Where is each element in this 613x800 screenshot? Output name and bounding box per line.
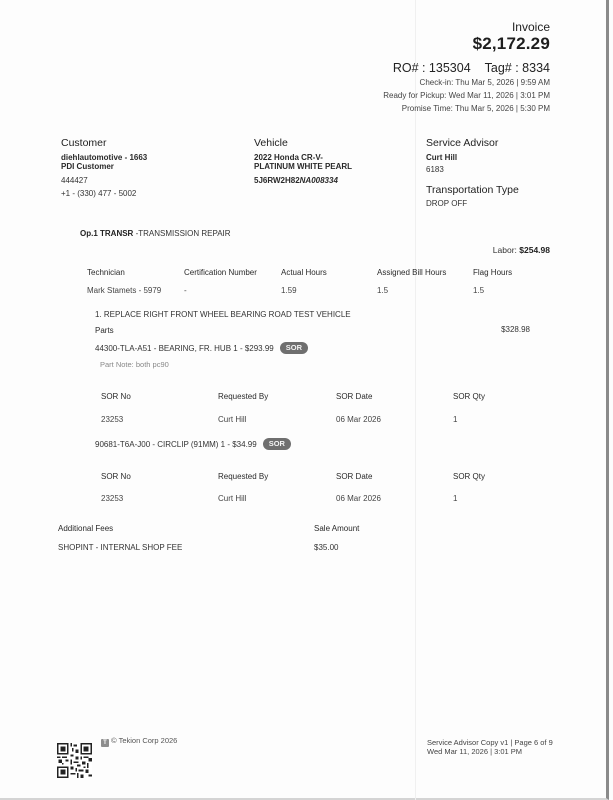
customer-type: PDI Customer bbox=[61, 162, 114, 172]
td-sor-qty: 1 bbox=[453, 415, 457, 424]
td-sor-no: 23253 bbox=[101, 415, 123, 424]
qr-code-icon bbox=[57, 743, 92, 778]
copy-info: Service Advisor Copy v1 | Page 6 of 9 bbox=[427, 738, 553, 747]
invoice-page: Invoice $2,172.29 RO# : 135304Tag# : 833… bbox=[0, 0, 609, 800]
operation-description: -TRANSMISSION REPAIR bbox=[136, 229, 231, 238]
operation-title: Op.1 TRANSR -TRANSMISSION REPAIR bbox=[80, 229, 231, 238]
part-line: 90681-T6A-J00 - CIRCLIP (91MM) 1 - $34.9… bbox=[95, 438, 291, 450]
tag-number: Tag# : 8334 bbox=[485, 61, 550, 75]
operation-code: Op.1 TRANSR bbox=[80, 229, 133, 238]
th-bill-hours: Assigned Bill Hours bbox=[377, 268, 446, 277]
sor-badge: SOR bbox=[263, 438, 291, 450]
vin-prefix: 5J6RW2H82 bbox=[254, 176, 300, 185]
service-advisor-id: 6183 bbox=[426, 165, 444, 174]
customer-phone: +1 - (330) 477 - 5002 bbox=[61, 189, 136, 198]
ro-number: RO# : 135304 bbox=[393, 61, 471, 75]
fees-heading: Additional Fees bbox=[58, 524, 113, 533]
td-sor-date: 06 Mar 2026 bbox=[336, 415, 381, 424]
copyright: T © Tekion Corp 2026 bbox=[101, 736, 177, 747]
invoice-total: $2,172.29 bbox=[473, 34, 550, 54]
labor-total: Labor: $254.98 bbox=[493, 245, 550, 255]
td-sor-qty: 1 bbox=[453, 494, 457, 503]
th-sor-date: SOR Date bbox=[336, 392, 372, 401]
th-certification: Certification Number bbox=[184, 268, 257, 277]
td-flag-hours: 1.5 bbox=[473, 286, 484, 295]
fee-amount: $35.00 bbox=[314, 543, 338, 552]
ro-tag-line: RO# : 135304Tag# : 8334 bbox=[393, 61, 550, 75]
sor-badge: SOR bbox=[280, 342, 308, 354]
scan-artifact bbox=[415, 0, 416, 800]
check-in-time: Check-in: Thu Mar 5, 2026 | 9:59 AM bbox=[420, 78, 550, 87]
fee-name: SHOPINT - INTERNAL SHOP FEE bbox=[58, 543, 182, 552]
th-requested-by: Requested By bbox=[218, 392, 268, 401]
labor-amount: $254.98 bbox=[519, 245, 550, 255]
part-note: Part Note: both pc90 bbox=[100, 360, 169, 369]
td-certification: - bbox=[184, 286, 187, 295]
th-sor-date: SOR Date bbox=[336, 472, 372, 481]
sale-amount-heading: Sale Amount bbox=[314, 524, 359, 533]
td-actual-hours: 1.59 bbox=[281, 286, 297, 295]
th-technician: Technician bbox=[87, 268, 125, 277]
transportation-heading: Transportation Type bbox=[426, 184, 519, 196]
customer-heading: Customer bbox=[61, 137, 107, 149]
customer-id: 444427 bbox=[61, 176, 88, 185]
td-bill-hours: 1.5 bbox=[377, 286, 388, 295]
td-technician: Mark Stamets - 5979 bbox=[87, 286, 161, 295]
vehicle-heading: Vehicle bbox=[254, 137, 288, 149]
vehicle-color: PLATINUM WHITE PEARL bbox=[254, 162, 352, 172]
vehicle-vin: 5J6RW2H82NA008334 bbox=[254, 176, 338, 186]
td-requested-by: Curt Hill bbox=[218, 415, 246, 424]
job-line: 1. REPLACE RIGHT FRONT WHEEL BEARING ROA… bbox=[95, 310, 351, 319]
th-sor-qty: SOR Qty bbox=[453, 392, 485, 401]
transportation-value: DROP OFF bbox=[426, 199, 467, 208]
printed-time: Wed Mar 11, 2026 | 3:01 PM bbox=[427, 747, 522, 756]
th-sor-no: SOR No bbox=[101, 392, 131, 401]
tekion-logo-icon: T bbox=[101, 739, 109, 747]
service-advisor-name: Curt Hill bbox=[426, 153, 457, 163]
th-flag-hours: Flag Hours bbox=[473, 268, 512, 277]
th-sor-no: SOR No bbox=[101, 472, 131, 481]
td-requested-by: Curt Hill bbox=[218, 494, 246, 503]
th-actual-hours: Actual Hours bbox=[281, 268, 327, 277]
vin-suffix: NA008334 bbox=[300, 176, 338, 185]
service-advisor-heading: Service Advisor bbox=[426, 137, 498, 149]
part-line: 44300-TLA-A51 - BEARING, FR. HUB 1 - $29… bbox=[95, 342, 308, 354]
parts-total: $328.98 bbox=[501, 325, 530, 334]
invoice-title: Invoice bbox=[512, 20, 550, 34]
ready-for-pickup-time: Ready for Pickup: Wed Mar 11, 2026 | 3:0… bbox=[383, 91, 550, 100]
th-sor-qty: SOR Qty bbox=[453, 472, 485, 481]
td-sor-date: 06 Mar 2026 bbox=[336, 494, 381, 503]
td-sor-no: 23253 bbox=[101, 494, 123, 503]
th-requested-by: Requested By bbox=[218, 472, 268, 481]
promise-time: Promise Time: Thu Mar 5, 2026 | 5:30 PM bbox=[402, 104, 550, 113]
parts-heading: Parts bbox=[95, 326, 114, 335]
